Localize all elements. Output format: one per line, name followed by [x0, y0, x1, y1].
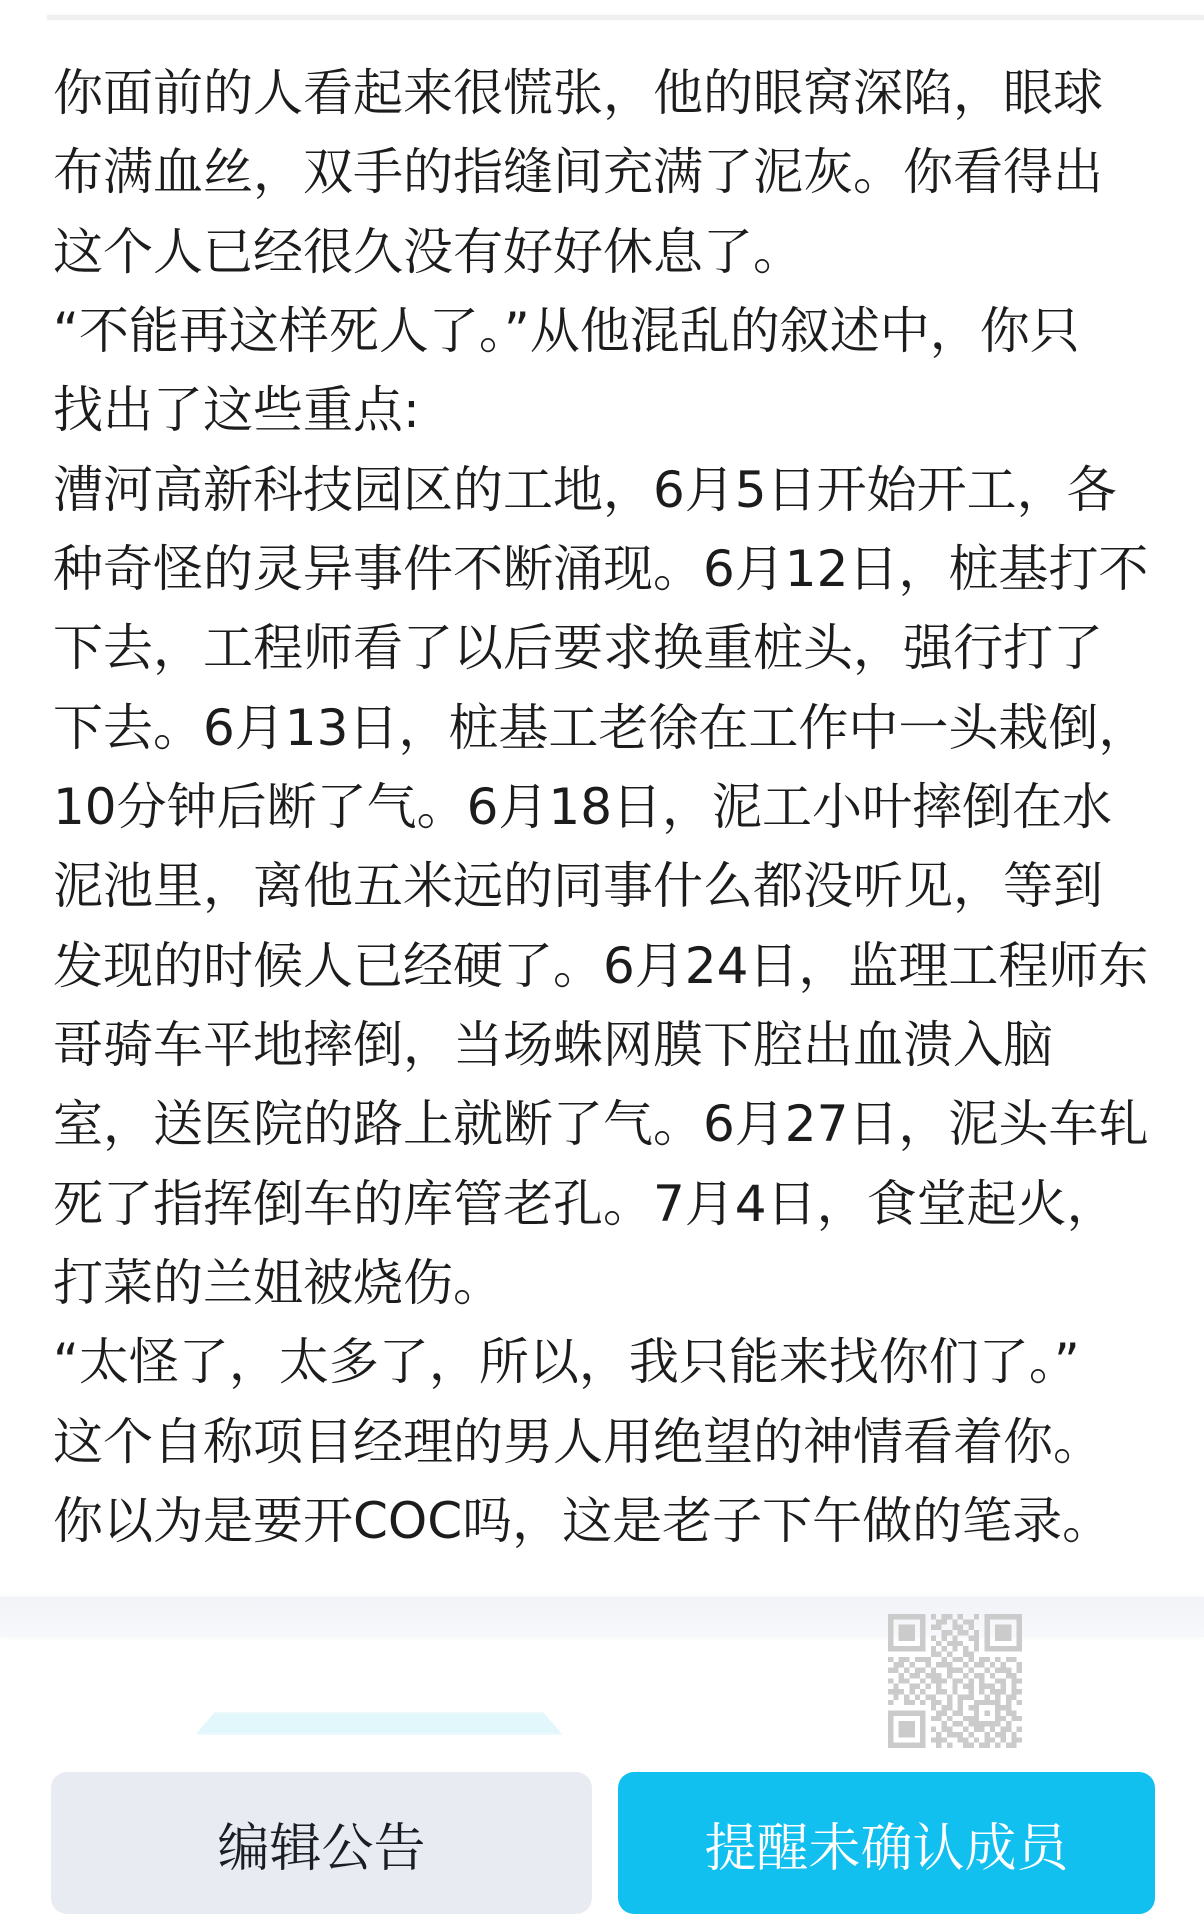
remind-unconfirmed-members-label: 提醒未确认成员	[704, 1806, 1068, 1881]
announcement-line: 死了指挥倒车的库管老孔。7月4日，食堂起火，	[53, 1165, 1183, 1244]
announcement-line: 你以为是要开COC吗，这是老子下午做的笔录。	[53, 1482, 1183, 1561]
qr-code-icon	[888, 1614, 1022, 1748]
remind-unconfirmed-members-button[interactable]: 提醒未确认成员	[618, 1772, 1155, 1914]
edit-announcement-button[interactable]: 编辑公告	[51, 1772, 592, 1914]
announcement-line: “太怪了，太多了，所以，我只能来找你们了。”	[53, 1323, 1183, 1402]
top-separator	[47, 15, 1204, 20]
announcement-line: 漕河高新科技园区的工地，6月5日开始开工，各	[53, 451, 1183, 530]
announcement-line: 下去。6月13日，桩基工老徐在工作中一头栽倒，	[53, 689, 1183, 768]
announcement-line: 这个人已经很久没有好好休息了。	[53, 213, 1183, 292]
announcement-line: 找出了这些重点:	[53, 371, 1183, 450]
announcement-line: 打菜的兰姐被烧伤。	[53, 1244, 1183, 1323]
announcement-line: 10分钟后断了气。6月18日，泥工小叶摔倒在水	[53, 768, 1183, 847]
announcement-line: 布满血丝，双手的指缝间充满了泥灰。你看得出	[53, 133, 1183, 212]
faded-tab-shape	[195, 1712, 563, 1735]
edit-announcement-label: 编辑公告	[217, 1806, 425, 1881]
announcement-line: 哥骑车平地摔倒，当场蛛网膜下腔出血溃入脑	[53, 1006, 1183, 1085]
announcement-line: 泥池里，离他五米远的同事什么都没听见，等到	[53, 847, 1183, 926]
announcement-line: 这个自称项目经理的男人用绝望的神情看着你。	[53, 1403, 1183, 1482]
announcement-line: “不能再这样死人了。”从他混乱的叙述中，你只	[53, 292, 1183, 371]
announcement-line: 种奇怪的灵异事件不断涌现。6月12日，桩基打不	[53, 530, 1183, 609]
footer-divider-band	[0, 1597, 1204, 1637]
announcement-line: 你面前的人看起来很慌张，他的眼窝深陷，眼球	[53, 54, 1183, 133]
announcement-line: 下去，工程师看了以后要求换重桩头，强行打了	[53, 609, 1183, 688]
announcement-line: 室，送医院的路上就断了气。6月27日，泥头车轧	[53, 1085, 1183, 1164]
qr-code-graphic	[888, 1614, 1022, 1748]
announcement-line: 发现的时候人已经硬了。6月24日，监理工程师东	[53, 927, 1183, 1006]
announcement-body: 你面前的人看起来很慌张，他的眼窝深陷，眼球 布满血丝，双手的指缝间充满了泥灰。你…	[53, 54, 1183, 1561]
